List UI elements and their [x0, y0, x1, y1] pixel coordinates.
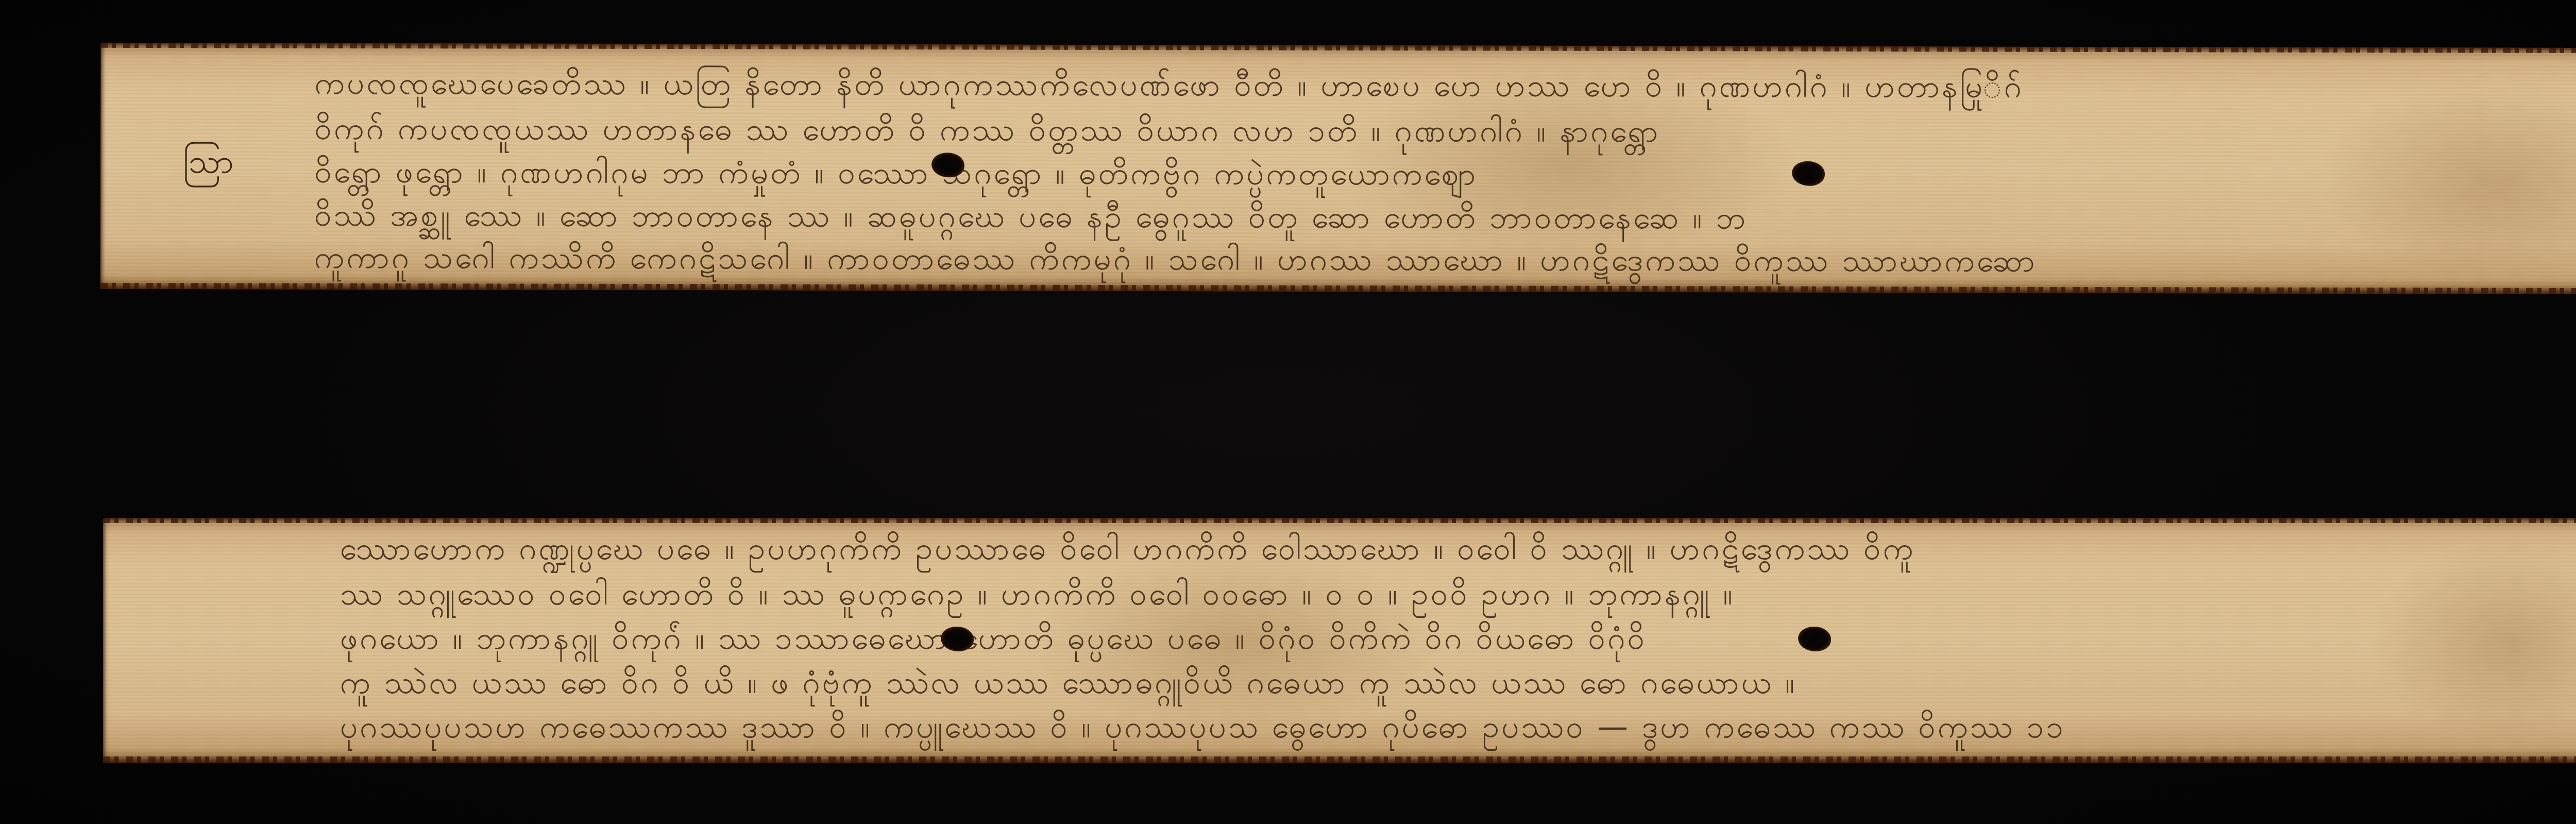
script-line-1: ကပၸၸူဃေပေခေတိဿ ။ ယတြ နိတော နိတိ ယာဂုကဿကိ… [314, 64, 2024, 113]
script-line-2: ဿ သဂ္ဂူဿေဝ ဝဝေါ ဟောတိ ဝိ ။ ဿ ဓူပဂ္ဂာဂေဥ … [340, 575, 1735, 620]
leaf-stain [2370, 539, 2576, 745]
string-hole-right [1792, 161, 1825, 186]
script-line-3: ဝိရ္တော ဖုရ္တော ။ ဂုဏဟဂါဂုမ ဘာ ကံမှုတံ ။… [314, 153, 1478, 200]
string-hole-left [931, 153, 964, 177]
script-line-3: ဖုဂယော ။ ဘုကာနဂ္ဂူ ဝိကုဂ်ံ ။ ဿ ၁ဿာဓေဃော … [340, 619, 1647, 664]
script-line-4: ကူ ဿဲလ ယဿ ဓော ဝိဂ ဝိ ယိ ။ ဖ ဂုံဗုံကူ ဿဲလ… [340, 663, 1797, 709]
palm-leaf-folio-top: ဩာ ကပၸၸူဃေပေခေတိဿ ။ ယတြ နိတော နိတိ ယာဂုက… [100, 43, 2576, 294]
script-line-5: ကူကာဂူ သဂေါ ကဿိကိ ကေဂဋိသဂေါ ။ ကာဝတာဓေဿ က… [314, 238, 2037, 287]
script-line-2: ဝိကုဂ် ကပၸၸူယဿ ဟတာနဓေ ဿ ဟောတိ ဝိ ကဿ ဝိတ္… [314, 109, 1660, 157]
script-line-1: ဿောဟောက ဂဏ္ဍုပ္ပဃေ ပဓေ ။ ဥပဟဂုကိကိ ဥပဿာဓ… [340, 529, 1916, 575]
palm-leaf-folio-bottom: ဿောဟောက ဂဏ္ဍုပ္ပဃေ ပဓေ ။ ဥပဟဂုကိကိ ဥပဿာဓ… [103, 518, 2576, 763]
leaf-bottom-edge-damage [103, 756, 2576, 763]
leaf-stain [2316, 78, 2576, 285]
string-hole-right [1798, 627, 1831, 651]
leaf-top-edge-damage [103, 518, 2576, 523]
script-line-5: ပုဂဿပုပသဟ ကဓေဿကဿ ဒူဿာ ဝိ ။ ကပ္ပူဃေဿ ဝိ ။… [340, 708, 2065, 753]
script-line-4: ဝိဿိ အစ္ဆူ ဿေ ။ ဆော ဘာဝတာနေ ဿ ။ ဆဓူပဂ္ဂဃ… [314, 196, 1748, 244]
string-hole-left [941, 627, 974, 651]
folio-margin-label: ဩာ [183, 141, 234, 189]
leaf-top-edge-damage [100, 43, 2576, 53]
